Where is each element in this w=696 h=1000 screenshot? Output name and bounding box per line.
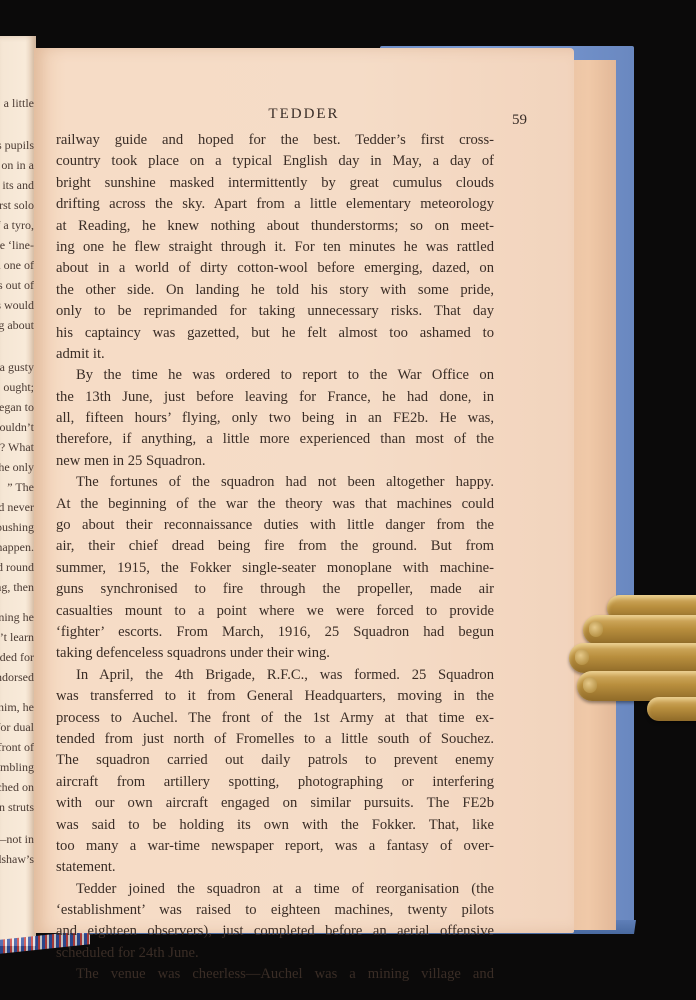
left-page-text-fragment: its and: [2, 178, 34, 193]
left-page-text-fragment: ” The: [7, 480, 34, 495]
text-line: taking defenceless squadrons under their…: [56, 643, 494, 664]
left-page-text-fragment: irst solo: [0, 198, 34, 213]
text-line: By the time he was ordered to report to …: [56, 365, 494, 386]
left-page-text-fragment: ening he: [0, 610, 34, 625]
text-line: the 13th June, just before leaving for F…: [56, 387, 494, 408]
text-line: his captaincy was gazetted, but he felt …: [56, 323, 494, 344]
left-page-text-fragment: The only: [0, 460, 34, 475]
text-line: too many a war-time newspaper report, wa…: [56, 836, 494, 857]
text-line: admit it.: [56, 344, 494, 365]
left-page-text-fragment: d round: [0, 560, 34, 575]
left-page-text-fragment: ought;: [3, 380, 34, 395]
left-page-text-fragment: a gusty: [0, 360, 34, 375]
hand-thumb: [647, 697, 696, 721]
left-facing-page: a littles pupilson in aits andirst solof…: [0, 36, 36, 946]
text-line: ing one he flew straight through it. For…: [56, 237, 494, 258]
left-page-text-fragment: ded for: [0, 650, 34, 665]
left-page-text-fragment: embling: [0, 760, 34, 775]
text-line: casualties mount to a point where we wer…: [56, 601, 494, 622]
text-line: In April, the 4th Brigade, R.F.C., was f…: [56, 665, 494, 686]
left-page-text-fragment: e ‘line-: [0, 238, 34, 253]
text-line: and eighteen observers), just completed …: [56, 921, 494, 942]
left-page-text-fragment: for dual: [0, 720, 34, 735]
left-page-text-fragment: wouldn’t: [0, 420, 34, 435]
text-line: about in a world of dirty cotton-wool be…: [56, 258, 494, 279]
text-line: scheduled for 24th June.: [56, 943, 494, 964]
left-page-text-fragment: a little: [4, 96, 34, 111]
left-page-text-fragment: n struts: [0, 800, 34, 815]
text-line: guns synchronised to fire through the pr…: [56, 579, 494, 600]
left-page-text-fragment: —not in: [0, 832, 34, 847]
book-photo-scene: a littles pupilson in aits andirst solof…: [0, 0, 696, 1000]
left-page-text-fragment: g about: [0, 318, 34, 333]
text-line: was transferred to it from General Headq…: [56, 686, 494, 707]
left-page-text-fragment: him, he: [0, 700, 34, 715]
hand-finger: [569, 643, 696, 673]
left-page-text-fragment: ’t learn: [0, 630, 34, 645]
left-page-text-fragment: happen.: [0, 540, 34, 555]
text-line: process to Auchel. The front of the 1st …: [56, 708, 494, 729]
text-line: the other side. On landing he told his s…: [56, 280, 494, 301]
left-page-text-fragment: ched on: [0, 780, 34, 795]
body-text: railway guide and hoped for the best. Te…: [56, 130, 494, 986]
page-number: 59: [512, 112, 527, 129]
text-line: go about their reconnaissance duties wit…: [56, 515, 494, 536]
text-line: The venue was cheerless—Auchel was a min…: [56, 964, 494, 985]
text-line: new men in 25 Squadron.: [56, 451, 494, 472]
fingernail: [583, 677, 597, 693]
text-line: Tedder joined the squadron at a time of …: [56, 879, 494, 900]
text-line: with our own aircraft engaged on similar…: [56, 793, 494, 814]
left-page-text-fragment: d never: [0, 500, 34, 515]
left-page-text-fragment: s pupils: [0, 138, 34, 153]
text-line: at Reading, he knew nothing about thunde…: [56, 216, 494, 237]
right-page: TEDDER 59 railway guide and hoped for th…: [34, 48, 574, 933]
text-line: therefore, if anything, a little more ex…: [56, 429, 494, 450]
left-page-text-fragment: egan to: [0, 400, 34, 415]
text-line: air, their chief dread being fire from t…: [56, 536, 494, 557]
text-line: ‘establishment’ was raised to eighteen m…: [56, 900, 494, 921]
left-page-text-fragment: ng, then: [0, 580, 34, 595]
left-page-text-fragment: ns would: [0, 298, 34, 313]
left-page-text-fragment: pushing: [0, 520, 34, 535]
fingernail: [589, 621, 603, 637]
text-line: drifting across the sky. Apart from a li…: [56, 194, 494, 215]
text-line: was said to be holding its own with the …: [56, 815, 494, 836]
text-line: The squadron carried out daily patrols t…: [56, 750, 494, 771]
text-line: tended from just north of Fromelles to a…: [56, 729, 494, 750]
text-line: bright sunshine masked intermittently by…: [56, 173, 494, 194]
text-line: aircraft from artillery spotting, photog…: [56, 772, 494, 793]
text-line: summer, 1915, the Fokker single-seater m…: [56, 558, 494, 579]
text-line: only to be reprimanded for taking unnece…: [56, 301, 494, 322]
left-page-text-fragment: f a tyro,: [0, 218, 34, 233]
left-page-text-fragment: s out of: [0, 278, 34, 293]
text-line: all, fifteen hours’ flying, only two bei…: [56, 408, 494, 429]
left-page-text-fragment: front of: [0, 740, 34, 755]
text-line: country took place on a typical English …: [56, 151, 494, 172]
left-page-text-fragment: dshaw’s: [0, 852, 34, 867]
text-line: statement.: [56, 857, 494, 878]
left-page-text-fragment: endorsed: [0, 670, 34, 685]
brass-hand-bookmark-icon: [555, 585, 696, 725]
left-page-text-fragment: on in a: [1, 158, 34, 173]
text-line: At the beginning of the war the theory w…: [56, 494, 494, 515]
left-page-text-fragment: ? What: [0, 440, 34, 455]
left-page-text-fragment: d one of: [0, 258, 34, 273]
fingernail: [575, 649, 589, 665]
text-line: The fortunes of the squadron had not bee…: [56, 472, 494, 493]
text-line: ‘fighter’ escorts. From March, 1916, 25 …: [56, 622, 494, 643]
running-head: TEDDER: [34, 106, 574, 123]
hand-finger: [583, 615, 696, 645]
text-line: railway guide and hoped for the best. Te…: [56, 130, 494, 151]
